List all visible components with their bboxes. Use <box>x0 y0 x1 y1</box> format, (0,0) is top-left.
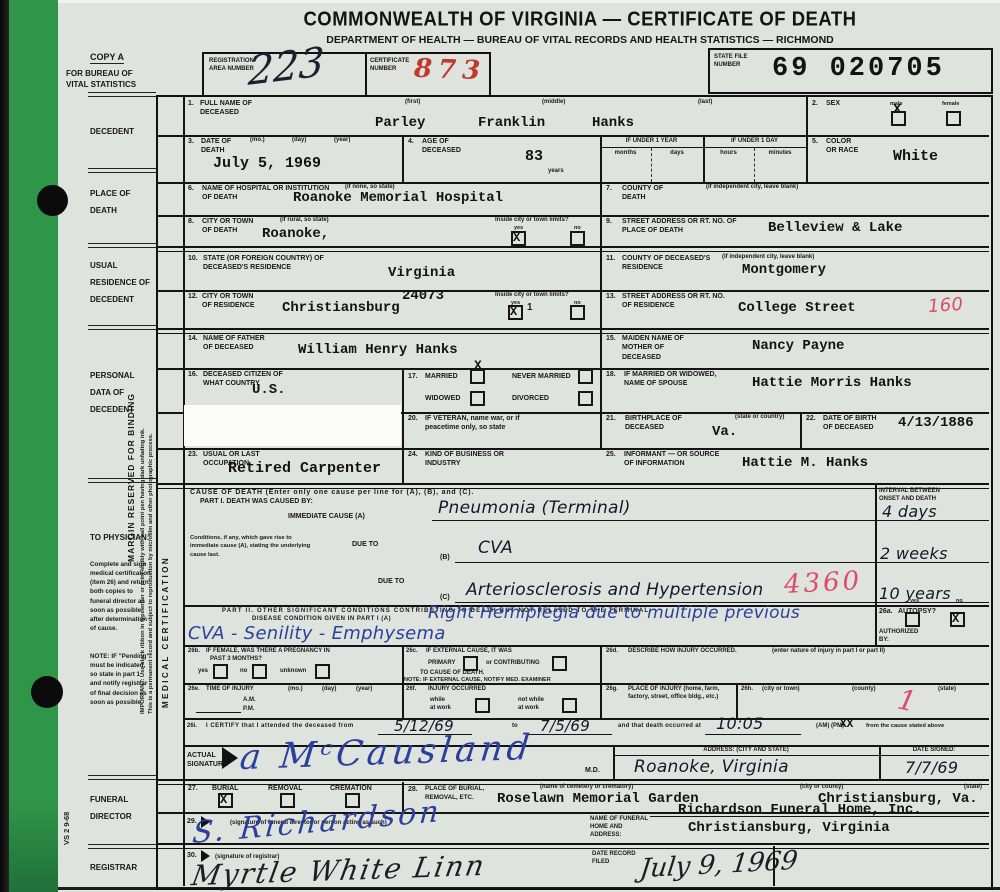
certify-pm-xx-mark: XX <box>840 719 853 731</box>
date-of-death-value: July 5, 1969 <box>213 155 321 172</box>
deceased-first-name: Parley <box>375 115 425 131</box>
field-26a-number: 26a. <box>879 607 893 616</box>
immediate-cause-label: IMMEDIATE CAUSE (A) <box>288 512 365 521</box>
part2-value-line2: CVA - Senility - Emphysema <box>188 623 446 644</box>
hint-last: (last) <box>698 99 712 105</box>
field-18-label: IF MARRIED OR WIDOWED, NAME OF SPOUSE <box>624 370 719 389</box>
field-21-number: 21. <box>606 414 616 423</box>
field-1-number: 1. <box>188 99 194 108</box>
field-26e-number: 26e. <box>188 686 200 694</box>
under-minutes-label: minutes <box>754 150 806 156</box>
field-24-label: KIND OF BUSINESS OR INDUSTRY <box>425 450 505 469</box>
external-primary-checkbox <box>463 656 478 671</box>
marital-divorced-checkbox <box>578 391 593 406</box>
part2-value-line1: Right Hemiplegia due to multiple previou… <box>428 603 800 623</box>
certificate-title: COMMONWEALTH OF VIRGINIA — CERTIFICATE O… <box>220 7 940 31</box>
date-signed-label: DATE SIGNED: <box>879 747 989 755</box>
field-16-number: 16. <box>188 370 198 379</box>
field-10-label: STATE (OR FOREIGN COUNTRY) OF DECEASED'S… <box>203 254 343 273</box>
certificate-subtitle: DEPARTMENT OF HEALTH — BUREAU OF VITAL R… <box>220 34 940 46</box>
field-5-number: 5. <box>812 137 818 146</box>
registration-area-value: 223 <box>247 39 325 95</box>
field-12-label: CITY OR TOWN OF RESIDENCE <box>202 292 264 311</box>
authorized-by-label2: BY: <box>879 637 889 645</box>
field-8-hint: (if rural, so state) <box>280 217 329 223</box>
field-22-label2: OF DECEASED <box>823 423 874 432</box>
field-9-label: STREET ADDRESS OR RT. NO. OF PLACE OF DE… <box>622 217 742 236</box>
certify-text3: from the cause stated above <box>866 723 944 731</box>
cause-b-value: CVA <box>478 538 513 558</box>
field-25-label: INFORMANT — OR SOURCE OF INFORMATION <box>624 450 724 469</box>
margin-label-place-of-death: PLACE OF DEATH <box>90 186 148 220</box>
race-value: White <box>893 148 938 165</box>
certify-time: 10:05 <box>716 714 764 733</box>
external-contributing-checkbox <box>552 656 567 671</box>
page-edge-shadow <box>0 0 9 892</box>
pregnancy-yes-checkbox <box>213 664 228 679</box>
removal-checkbox <box>280 793 295 808</box>
field-8-number: 8. <box>188 217 194 226</box>
margin-label-decedent: DECEDENT <box>90 124 154 141</box>
field-15-label: MAIDEN NAME OF MOTHER OF DECEASED <box>622 334 702 362</box>
field-3-number: 3. <box>188 137 194 146</box>
pregnancy-unknown-checkbox <box>315 664 330 679</box>
age-value: 83 <box>525 148 543 165</box>
margin-separator <box>88 168 156 173</box>
hole-punch-top <box>37 185 68 216</box>
field-11-number: 11. <box>606 254 615 263</box>
field-1-label: FULL NAME OF DECEASED <box>200 99 260 118</box>
time-injury-pm-label: P.M. <box>243 706 255 714</box>
hint-26e-mo: (mo.) <box>288 686 303 692</box>
state-file-label: STATE FILE NUMBER <box>714 53 759 69</box>
hint-day: (day) <box>292 137 306 143</box>
hint-26e-year: (year) <box>356 686 372 692</box>
funeral-home-name-value: Richardson Funeral Home, Inc. <box>678 802 922 818</box>
copy-label: COPY A <box>90 52 124 64</box>
field-8-label: CITY OR TOWN OF DEATH <box>202 217 264 236</box>
certify-to-date: 7/5/69 <box>540 717 590 735</box>
residence-zip-value: 24073 <box>402 288 444 304</box>
margin-binding-text: MARGIN RESERVED FOR BINDING <box>126 300 138 562</box>
field-26g-number: 26g. <box>606 686 618 694</box>
pregnancy-no-label: no <box>240 668 247 674</box>
cause-b-label: (B) <box>440 553 450 562</box>
field-4-number: 4. <box>408 137 414 146</box>
field-22-number: 22. <box>806 414 816 423</box>
limits-residence-label: Inside city or town limits? <box>495 292 569 300</box>
state-residence-value: Virginia <box>388 265 455 281</box>
field-13-label: STREET ADDRESS OR RT. NO. OF RESIDENCE <box>622 292 732 311</box>
medical-certification-vertical-label: MEDICAL CERTIFICATION <box>161 488 182 776</box>
cause-a-value: Pneumonia (Terminal) <box>438 498 631 518</box>
injury-state-hint: (state) <box>938 686 956 692</box>
marital-divorced-label: DIVORCED <box>512 394 549 403</box>
field-26g-label2: factory, street, office bldg., etc.) <box>628 694 718 702</box>
field-26b-label1: IF FEMALE, WAS THERE A PREGNANCY IN <box>206 648 330 656</box>
pointer-arrow-icon <box>222 747 238 769</box>
death-certificate-scan: COMMONWEALTH OF VIRGINIA — CERTIFICATE O… <box>0 0 1000 892</box>
field-26-part1-label: PART I. DEATH WAS CAUSED BY: <box>200 497 313 506</box>
under-hours-label: hours <box>703 150 754 156</box>
field-7-hint: (if independent city, leave blank) <box>706 184 798 190</box>
hole-punch-bottom <box>31 676 63 708</box>
margin-label-funeral-director: FUNERAL DIRECTOR <box>90 792 148 826</box>
binding-green-stripe <box>9 0 58 892</box>
deceased-last-name: Hanks <box>592 115 634 131</box>
field-26f-number: 26f. <box>406 686 416 694</box>
pregnancy-no-checkbox <box>252 664 267 679</box>
field-23-number: 23. <box>188 450 198 459</box>
hint-year: (year) <box>334 137 350 143</box>
field-3-label: DATE OF DEATH <box>201 137 243 156</box>
certify-text1: I CERTIFY that I attended the deceased f… <box>206 723 354 731</box>
field-26d-hint: (enter nature of injury in part I or par… <box>772 648 885 654</box>
date-signed-value: 7/7/69 <box>905 758 958 777</box>
city-of-death-value: Roanoke, <box>262 226 329 242</box>
marital-married-label: MARRIED <box>425 372 458 381</box>
margin-label-registrar: REGISTRAR <box>90 860 154 877</box>
field-26c-number: 26c. <box>406 648 418 656</box>
field-26i-number: 26i. <box>187 723 197 731</box>
injury-notwhile-checkbox <box>562 698 577 713</box>
field-21-hint: (state or country) <box>735 414 784 420</box>
field-26e-label: TIME OF INJURY <box>206 686 254 694</box>
birthdate-value: 4/13/1886 <box>898 415 974 431</box>
physician-address-value: Roanoke, Virginia <box>634 757 789 777</box>
form-code: VS 2 9-68 <box>62 785 71 845</box>
field-7-label: COUNTY OF DEATH <box>622 184 670 203</box>
red-code-annotation: 4360 <box>783 566 863 600</box>
field-14-label: NAME OF FATHER OF DECEASED <box>203 334 275 353</box>
burial-city-hint: (city or county) <box>800 784 843 790</box>
city-residence-value: Christiansburg <box>282 300 400 316</box>
burial-state-hint: (state) <box>964 784 982 790</box>
field-2-label: SEX <box>826 99 840 108</box>
marital-married-mark: X <box>474 358 482 373</box>
field-12-number: 12. <box>188 292 198 301</box>
citizen-value: U.S. <box>252 382 286 398</box>
time-injury-am-label: A.M. <box>243 697 256 705</box>
field-10-number: 10. <box>188 254 198 263</box>
injury-county-hint: (county) <box>852 686 876 692</box>
county-residence-value: Montgomery <box>742 262 826 278</box>
injury-while-checkbox <box>475 698 490 713</box>
certificate-number-value: 873 <box>413 54 486 87</box>
injury-while-label2: at work <box>430 705 451 713</box>
interval-a-value: 4 days <box>882 502 937 521</box>
external-contributing-label: or CONTRIBUTING <box>486 660 540 668</box>
sex-male-mark: X <box>893 102 901 118</box>
birthplace-value: Va. <box>712 424 737 440</box>
marital-widowed-label: WIDOWED <box>425 394 460 403</box>
date-record-filed-label2: FILED <box>592 859 609 867</box>
field-24-number: 24. <box>408 450 418 459</box>
date-record-filed-label1: DATE RECORD <box>592 851 636 859</box>
funeral-home-label3: ADDRESS: <box>590 832 621 840</box>
due-to-label-1: DUE TO <box>352 540 378 549</box>
field-26b-label2: PAST 3 MONTHS? <box>210 656 262 664</box>
margin-separator <box>88 92 156 97</box>
field-28-number: 28. <box>408 785 418 794</box>
cause-c-label: (C) <box>440 593 450 602</box>
injury-city-hint: (city or town) <box>762 686 800 692</box>
limits-death-yes-mark: X <box>513 231 520 245</box>
rail-divider <box>183 95 185 886</box>
conditions-note: Conditions, if any, which gave rise to i… <box>190 534 318 559</box>
marital-never-checkbox <box>578 369 593 384</box>
limits-death-label: Inside city or town limits? <box>495 217 569 225</box>
deceased-middle-name: Franklin <box>478 115 545 131</box>
field-26-label: CAUSE OF DEATH (Enter only one cause per… <box>190 488 474 497</box>
marital-widowed-checkbox <box>470 391 485 406</box>
field-14-number: 14. <box>188 334 198 343</box>
father-name-value: William Henry Hanks <box>298 342 458 358</box>
margin-important-line1: IMPORTANT: Use black ribbon in typewrite… <box>140 248 148 714</box>
under-1-day-header: IF UNDER 1 DAY <box>703 138 806 146</box>
copy-for-label: FOR BUREAU OF VITAL STATISTICS <box>66 68 151 90</box>
sex-female-label: female <box>942 101 959 107</box>
funeral-home-label1: NAME OF FUNERAL <box>590 816 648 824</box>
limits-residence-yes-mark: X <box>510 305 517 319</box>
physician-address-label: ADDRESS: (CITY AND STATE) <box>613 747 879 755</box>
field-6-number: 6. <box>188 184 194 193</box>
autopsy-yes-checkbox <box>905 612 920 627</box>
street-of-death-value: Belleview & Lake <box>768 220 902 236</box>
external-note-label: NOTE: IF EXTERNAL CAUSE, NOTIFY MED. EXA… <box>404 677 551 684</box>
injury-while-label1: while <box>430 697 445 705</box>
field-26b-number: 26b. <box>188 648 200 656</box>
field-17-number: 17. <box>408 372 418 381</box>
cremation-label: CREMATION <box>330 784 372 793</box>
field-11-hint: (if independent city, leave blank) <box>722 254 814 260</box>
due-to-label-2: DUE TO <box>378 577 404 586</box>
marital-never-label: NEVER MARRIED <box>512 372 571 381</box>
field-13-number: 13. <box>606 292 616 301</box>
field-20-number: 20. <box>408 414 418 423</box>
field-18-number: 18. <box>606 370 616 379</box>
field-22-label: DATE OF BIRTH <box>823 414 877 423</box>
cause-c-value: Arteriosclerosis and Hypertension <box>466 580 764 600</box>
hint-first: (first) <box>405 99 420 105</box>
top-edge-highlight <box>58 0 1000 3</box>
field-11-label: COUNTY OF DECEASED'S RESIDENCE <box>622 254 712 273</box>
margin-important-line2: This is a permanent record and subject t… <box>148 248 156 714</box>
field-25-number: 25. <box>606 450 616 459</box>
field-2-number: 2. <box>812 99 818 108</box>
removal-label: REMOVAL <box>268 784 302 793</box>
street-residence-red-note: 160 <box>927 294 964 317</box>
autopsy-no-mark: X <box>952 612 959 626</box>
mother-name-value: Nancy Payne <box>752 338 844 354</box>
field-21-label: BIRTHPLACE OF DECEASED <box>625 414 687 433</box>
field-7-number: 7. <box>606 184 612 193</box>
state-file-value: 69 020705 <box>772 54 945 84</box>
occupation-value: Retired Carpenter <box>228 460 381 477</box>
hint-middle: (middle) <box>542 99 565 105</box>
interval-header-1: INTERVAL BETWEEN <box>879 488 940 496</box>
margin-separator <box>88 775 156 780</box>
under-1-year-header: IF UNDER 1 YEAR <box>600 138 703 146</box>
under-days-label: days <box>651 150 703 156</box>
burial-mark: X <box>220 793 227 807</box>
margin-separator <box>88 844 156 849</box>
field-26d-label: DESCRIBE HOW INJURY OCCURRED. <box>628 648 737 656</box>
field-26d-number: 26d. <box>606 648 618 656</box>
sex-female-checkbox <box>946 111 961 126</box>
cemetery-hint: (name of cemetery or crematory) <box>540 784 633 790</box>
field-9-number: 9. <box>606 217 612 226</box>
autopsy-no-label: no <box>956 598 963 604</box>
injury-notwhile-label2: at work <box>518 705 539 713</box>
funeral-home-label2: HOME AND <box>590 824 622 832</box>
limits-residence-no-checkbox <box>570 305 585 320</box>
spouse-name-value: Hattie Morris Hanks <box>752 375 912 391</box>
burial-label: BURIAL <box>212 784 238 793</box>
field-4-label: AGE OF DECEASED <box>422 137 464 156</box>
field-26c-label: IF EXTERNAL CAUSE, IT WAS <box>426 648 512 656</box>
street-residence-value: College Street <box>738 300 856 316</box>
field-20-label: IF VETERAN, name war, or if peacetime on… <box>425 414 550 433</box>
under-months-label: months <box>600 150 651 156</box>
pregnancy-unknown-label: unknown <box>280 668 306 674</box>
field-26h-number: 26h. <box>741 686 753 694</box>
hospital-value: Roanoke Memorial Hospital <box>293 190 503 206</box>
pregnancy-yes-label: yes <box>198 668 208 674</box>
field-27-number: 27. <box>188 784 198 793</box>
informant-value: Hattie M. Hanks <box>742 455 868 471</box>
autopsy-yes-label2: yes <box>910 598 919 604</box>
injury-notwhile-label1: not while <box>518 697 544 705</box>
hint-mo: (mo.) <box>250 137 265 143</box>
margin-important-text: IMPORTANT: Use black ribbon in typewrite… <box>140 248 156 714</box>
funeral-home-address-value: Christiansburg, Virginia <box>688 820 890 836</box>
limits-residence-annotation: 1 <box>527 302 533 313</box>
actual-signature-label1: ACTUAL <box>187 751 216 760</box>
certify-text2: and that death occurred at <box>618 723 701 731</box>
physician-md-label: M.D. <box>585 766 600 775</box>
whiteout-patch <box>184 405 401 446</box>
external-primary-label: PRIMARY <box>428 660 455 668</box>
cemetery-value: Roselawn Memorial Garden <box>497 791 699 807</box>
field-26g-label1: PLACE OF INJURY (home, farm, <box>628 686 719 694</box>
hint-26e-day: (day) <box>322 686 336 692</box>
field-26f-label: INJURY OCCURRED <box>428 686 486 694</box>
age-unit: years <box>548 168 564 174</box>
limits-death-no-checkbox <box>570 231 585 246</box>
field-15-number: 15. <box>606 334 616 343</box>
authorized-by-label1: AUTHORIZED <box>879 629 918 637</box>
interval-b-value: 2 weeks <box>880 544 948 563</box>
field-5-label: COLOR OR RACE <box>826 137 862 156</box>
